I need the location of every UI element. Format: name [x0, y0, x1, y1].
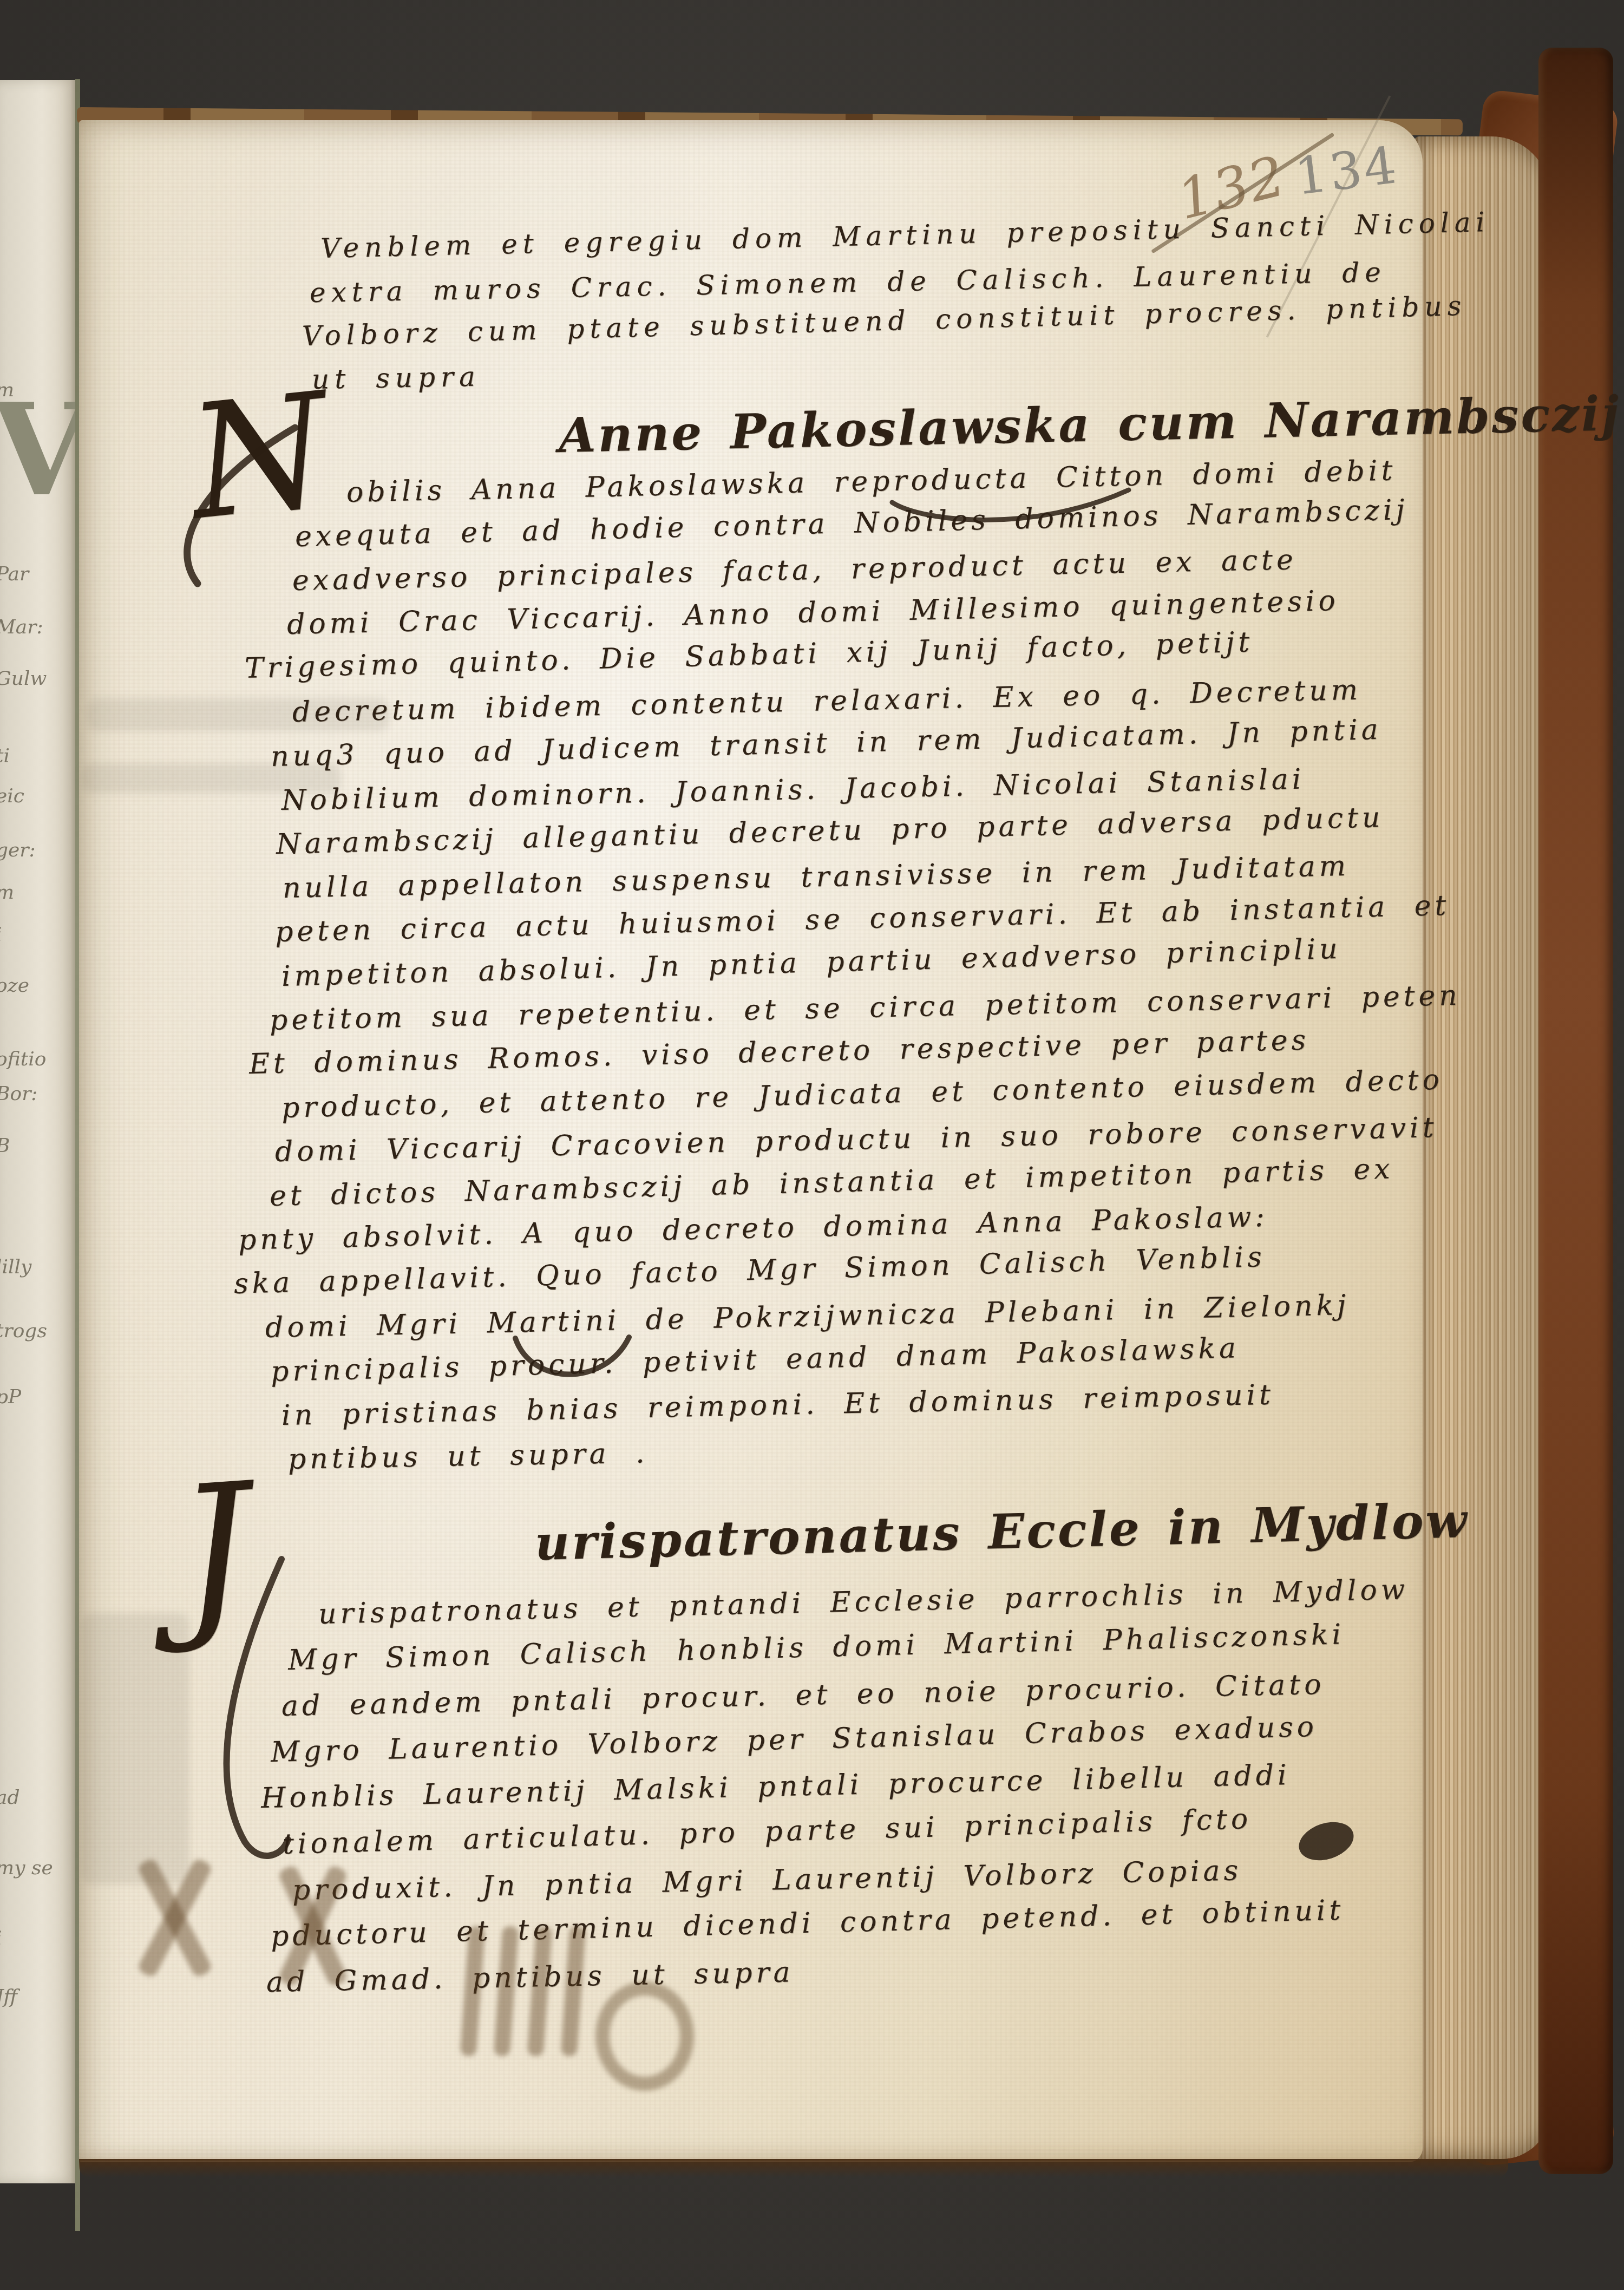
- left-page-fragment: my se: [0, 1857, 53, 1879]
- left-page-fragment: Bor:: [0, 1083, 37, 1105]
- text-line: pntibus ut supra .: [287, 1437, 649, 1476]
- page-bottom-shadow: [79, 2159, 1508, 2177]
- drop-initial: N: [183, 372, 336, 543]
- left-page-fragment: Gulw: [0, 668, 47, 690]
- left-page-fragment: ofitio: [0, 1048, 46, 1070]
- left-page-fragment: i: [0, 1927, 2, 1949]
- show-through-smudge: [595, 1981, 694, 2091]
- left-page-fragment: oze: [0, 974, 29, 997]
- left-page-fragment: lilly: [0, 1256, 31, 1278]
- left-page-fragment: trogs: [0, 1320, 47, 1342]
- drop-initial: J: [173, 1460, 257, 1643]
- left-page-fragment: ad: [0, 1787, 20, 1809]
- left-page-fragment: ger:: [0, 839, 36, 861]
- left-page-fragment: Mar:: [0, 616, 43, 638]
- text-line: ut supra: [311, 361, 481, 395]
- folio-number-pencil: 134: [1292, 136, 1402, 207]
- left-page-fragment: Jff: [0, 1986, 17, 2008]
- left-page-fragment: B: [0, 1135, 10, 1157]
- left-page-fragment: Par: [0, 563, 29, 585]
- left-page-edge: VII m Par Mar: Gulw ti eic ger: m i oze …: [0, 80, 76, 2183]
- left-page-fragment: pP: [0, 1386, 21, 1408]
- left-page-fragment: ti: [0, 745, 10, 767]
- photo-of-manuscript: VII m Par Mar: Gulw ti eic ger: m i oze …: [0, 0, 1624, 2290]
- left-page-fragment: i: [0, 924, 2, 946]
- left-page-fragment: eic: [0, 785, 24, 807]
- show-through-smudge: [81, 1613, 189, 1884]
- left-page-fragment: m: [0, 881, 14, 904]
- leather-binding: [1538, 48, 1613, 2174]
- left-page-fragment: m: [0, 379, 14, 401]
